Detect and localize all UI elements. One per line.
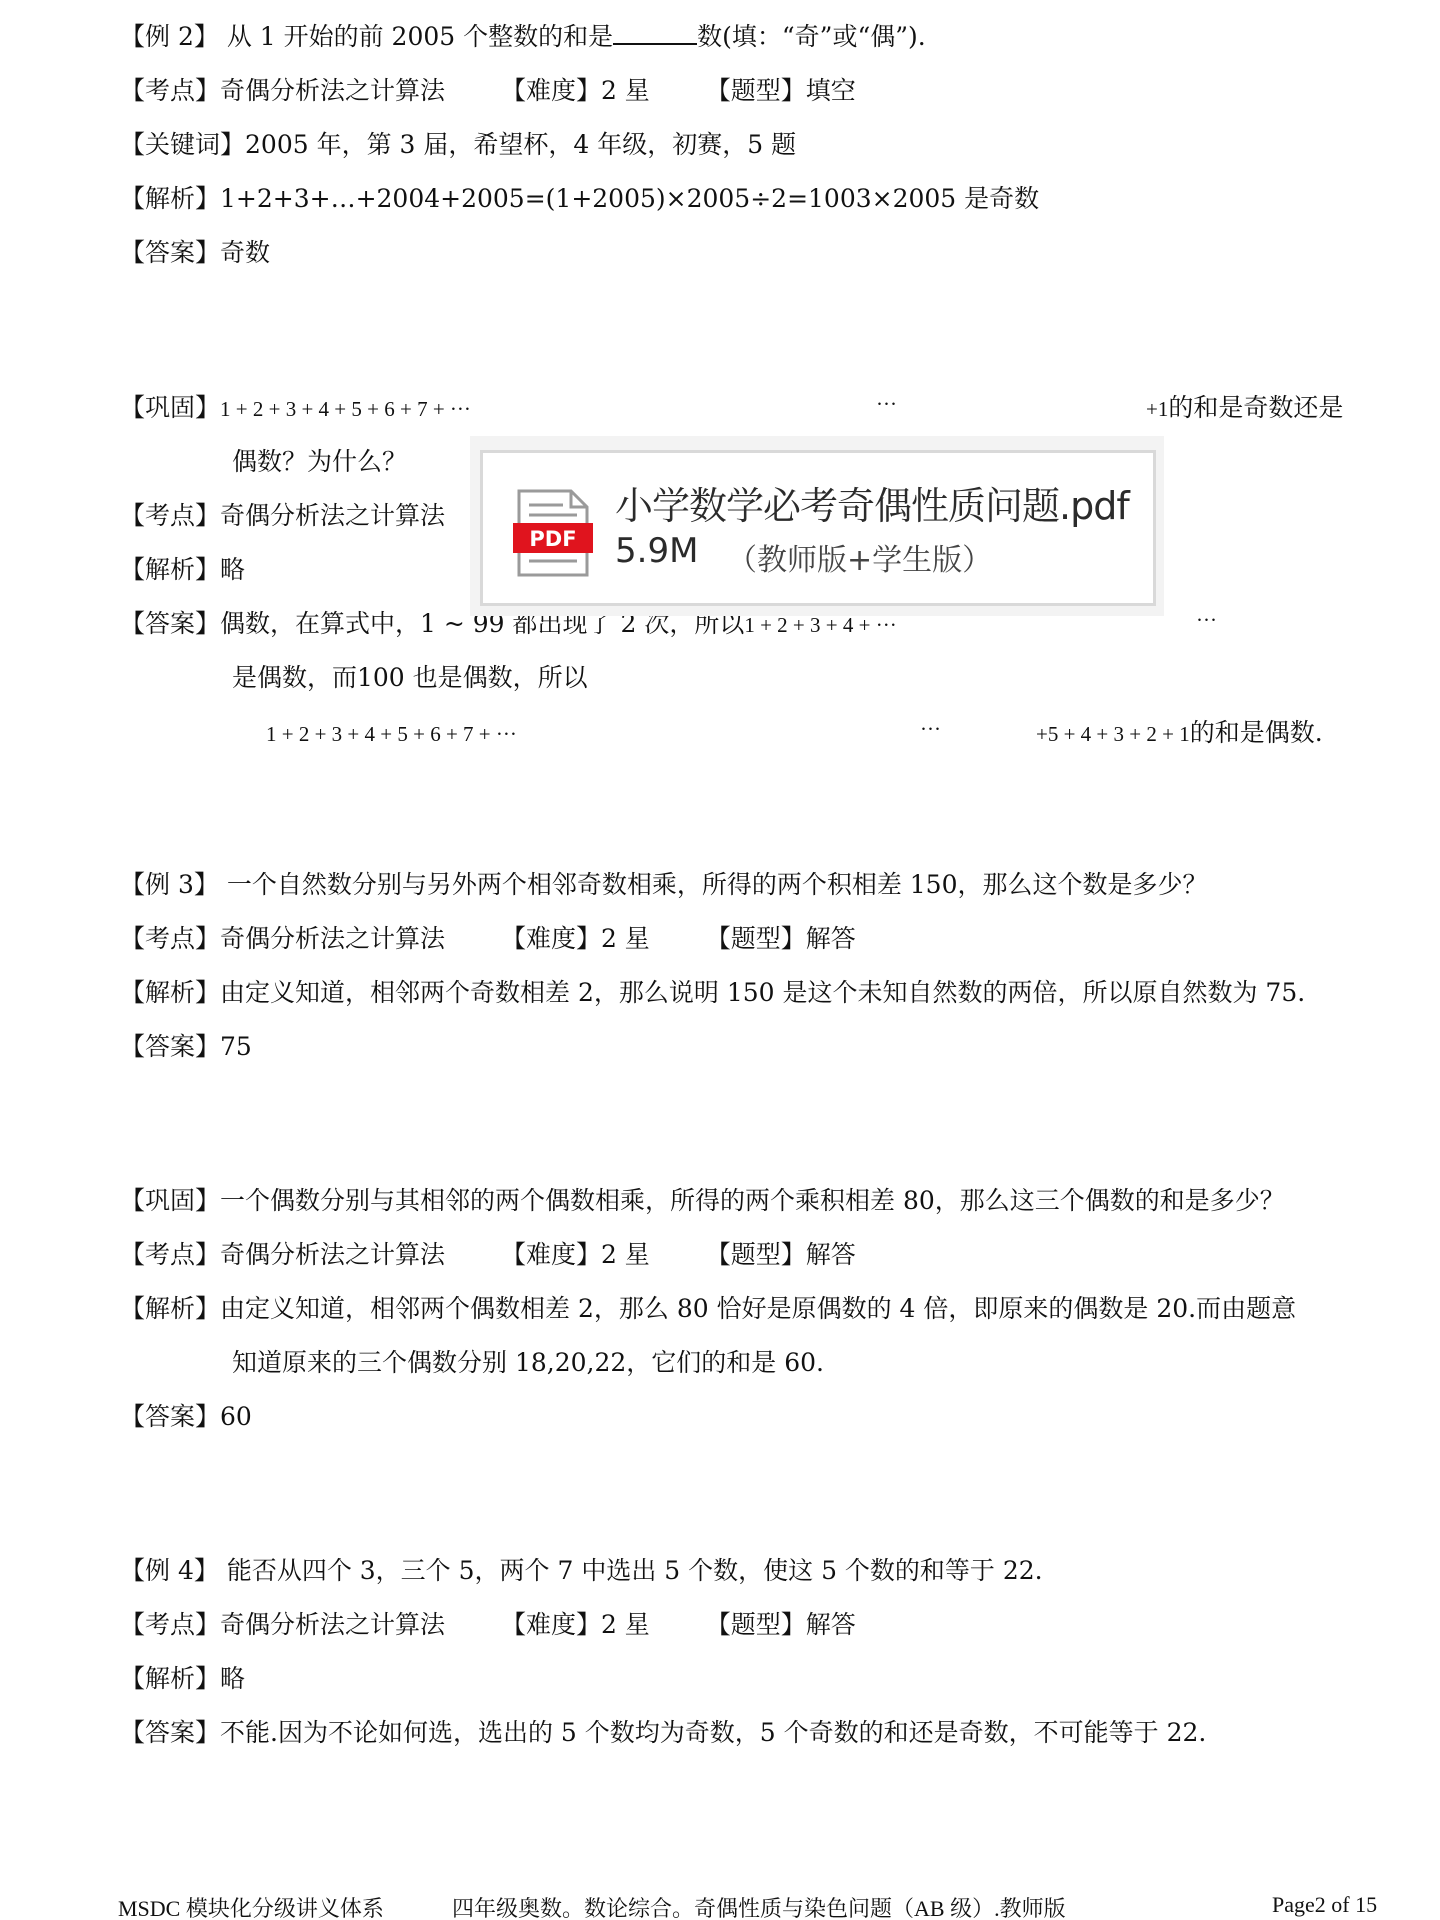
kaodian-tag: 【考点】 (120, 1610, 220, 1639)
tixing-tag: 【题型】 (706, 924, 806, 953)
answer-tag: 【答案】 (120, 609, 220, 638)
example-tag: 【例 3】 (120, 870, 219, 899)
kaodian-tag: 【考点】 (120, 501, 220, 530)
nandu-value: 2 星 (601, 1240, 650, 1269)
pdf-file-size: 5.9M (615, 531, 698, 571)
kaodian-value: 奇偶分析法之计算法 (220, 924, 445, 953)
example2-analysis: 【解析】1+2+3+…+2004+2005=(1+2005)×2005÷2=10… (120, 182, 1039, 216)
pdf-version-note: （教师版+学生版） (727, 535, 992, 579)
gonggu1-answer-line2: 是偶数，而100 也是偶数，所以 (232, 661, 588, 695)
jiexi-tag: 【解析】 (120, 1294, 220, 1323)
gonggu1-analysis: 【解析】略 (120, 553, 245, 587)
footer-title: 四年级奥数。数论综合。奇偶性质与染色问题（AB 级）.教师版 (452, 1892, 1066, 1920)
math-ellipsis: ··· (920, 717, 941, 742)
answer-blank (613, 21, 697, 45)
gonggu1-question: 【巩固】1 + 2 + 3 + 4 + 5 + 6 + 7 + ··· (120, 391, 471, 426)
gonggu1-question-line2: 偶数？为什么？ (232, 445, 407, 479)
tixing-value: 填空 (806, 76, 856, 105)
nandu-tag: 【难度】 (501, 1610, 601, 1639)
example2-meta: 【考点】奇偶分析法之计算法 【难度】2 星 【题型】填空 (120, 74, 856, 108)
kaodian-tag: 【考点】 (120, 924, 220, 953)
answer-value: 60 (220, 1402, 252, 1431)
kaodian-tag: 【考点】 (120, 1240, 220, 1269)
gonggu2-analysis-line2: 知道原来的三个偶数分别 18,20,22，它们的和是 60. (232, 1346, 824, 1380)
answer-value: 75 (220, 1032, 252, 1061)
jiexi-tag: 【解析】 (120, 1664, 220, 1693)
tixing-value: 解答 (806, 1240, 856, 1269)
tixing-tag: 【题型】 (706, 1610, 806, 1639)
math-ellipsis: ··· (876, 392, 897, 417)
example-tag: 【例 2】 (120, 22, 219, 51)
kaodian-value: 奇偶分析法之计算法 (220, 1610, 445, 1639)
math-expression: 1 + 2 + 3 + 4 + ··· (744, 613, 896, 637)
gonggu2-meta: 【考点】奇偶分析法之计算法 【难度】2 星 【题型】解答 (120, 1238, 856, 1272)
math-expression: 1 + 2 + 3 + 4 + 5 + 6 + 7 + ··· (266, 722, 517, 746)
gonggu-tag: 【巩固】 (120, 393, 220, 422)
example3-question: 【例 3】 一个自然数分别与另外两个相邻奇数相乘，所得的两个积相差 150，那么… (120, 868, 1207, 902)
gonggu2-question: 【巩固】一个偶数分别与其相邻的两个偶数相乘，所得的两个乘积相差 80，那么这三个… (120, 1184, 1285, 1218)
example3-analysis: 【解析】由定义知道，相邻两个奇数相差 2，那么说明 150 是这个未知自然数的两… (120, 976, 1305, 1010)
jiexi-tag: 【解析】 (120, 184, 220, 213)
nandu-tag: 【难度】 (501, 1240, 601, 1269)
tixing-value: 解答 (806, 1610, 856, 1639)
pdf-file-icon: PDF (513, 489, 593, 577)
nandu-value: 2 星 (601, 76, 650, 105)
question-tail: 的和是奇数还是 (1168, 393, 1343, 422)
kaodian-value: 奇偶分析法之计算法 (220, 1240, 445, 1269)
nandu-tag: 【难度】 (501, 924, 601, 953)
answer-tail: 的和是偶数. (1190, 718, 1323, 747)
jiexi-value: 1+2+3+…+2004+2005=(1+2005)×2005÷2=1003×2… (220, 184, 1039, 213)
tixing-tag: 【题型】 (706, 1240, 806, 1269)
jiexi-tag: 【解析】 (120, 555, 220, 584)
jiexi-value: 由定义知道，相邻两个偶数相差 2，那么 80 恰好是原偶数的 4 倍，即原来的偶… (220, 1294, 1296, 1323)
tixing-value: 解答 (806, 924, 856, 953)
nandu-value: 2 星 (601, 924, 650, 953)
example2-question: 【例 2】 从 1 开始的前 2005 个整数的和是数(填：“奇”或“偶”). (120, 20, 926, 54)
kaodian-value: 奇偶分析法之计算法 (220, 76, 445, 105)
question-text: 能否从四个 3，三个 5，两个 7 中选出 5 个数，使这 5 个数的和等于 2… (227, 1556, 1043, 1585)
answer-tag: 【答案】 (120, 1032, 220, 1061)
keywords-value: 2005 年，第 3 届，希望杯，4 年级，初赛，5 题 (245, 130, 796, 159)
footer-page-number: Page2 of 15 (1272, 1892, 1377, 1918)
answer-tag: 【答案】 (120, 238, 220, 267)
question-text: 一个偶数分别与其相邻的两个偶数相乘，所得的两个乘积相差 80，那么这三个偶数的和… (220, 1186, 1285, 1215)
pdf-filename[interactable]: 小学数学必考奇偶性质问题.pdf (615, 475, 1129, 530)
gonggu2-answer: 【答案】60 (120, 1400, 252, 1434)
pdf-download-card[interactable]: PDF 小学数学必考奇偶性质问题.pdf 5.9M （教师版+学生版） (480, 450, 1156, 606)
gonggu1-question-tail: +1的和是奇数还是 (1146, 391, 1343, 426)
example4-meta: 【考点】奇偶分析法之计算法 【难度】2 星 【题型】解答 (120, 1608, 856, 1642)
gonggu1-answer-line3-tail: +5 + 4 + 3 + 2 + 1的和是偶数. (1036, 716, 1323, 751)
gonggu1-meta: 【考点】奇偶分析法之计算法 (120, 499, 445, 533)
kaodian-value: 奇偶分析法之计算法 (220, 501, 445, 530)
jiexi-value: 略 (220, 1664, 245, 1693)
example4-analysis: 【解析】略 (120, 1662, 245, 1696)
nandu-tag: 【难度】 (501, 76, 601, 105)
question-text-tail: 数(填：“奇”或“偶”). (697, 22, 926, 51)
kaodian-tag: 【考点】 (120, 76, 220, 105)
jiexi-value: 由定义知道，相邻两个奇数相差 2，那么说明 150 是这个未知自然数的两倍，所以… (220, 978, 1305, 1007)
footer-series: MSDC 模块化分级讲义体系 (118, 1892, 384, 1920)
example3-meta: 【考点】奇偶分析法之计算法 【难度】2 星 【题型】解答 (120, 922, 856, 956)
answer-value: 不能.因为不论如何选，选出的 5 个数均为奇数，5 个奇数的和还是奇数，不可能等… (220, 1718, 1206, 1747)
math-expression-end: +1 (1146, 397, 1168, 421)
jiexi-value: 略 (220, 555, 245, 584)
svg-text:PDF: PDF (529, 527, 576, 551)
answer-value: 奇数 (220, 238, 270, 267)
answer-tag: 【答案】 (120, 1402, 220, 1431)
example2-answer: 【答案】奇数 (120, 236, 270, 270)
jiexi-tag: 【解析】 (120, 978, 220, 1007)
math-expression: 1 + 2 + 3 + 4 + 5 + 6 + 7 + ··· (220, 397, 471, 421)
question-text: 一个自然数分别与另外两个相邻奇数相乘，所得的两个积相差 150，那么这个数是多少… (227, 870, 1208, 899)
example2-keywords: 【关键词】2005 年，第 3 届，希望杯，4 年级，初赛，5 题 (120, 128, 796, 162)
gonggu-tag: 【巩固】 (120, 1186, 220, 1215)
question-text: 从 1 开始的前 2005 个整数的和是 (227, 22, 613, 51)
example4-answer: 【答案】不能.因为不论如何选，选出的 5 个数均为奇数，5 个奇数的和还是奇数，… (120, 1716, 1206, 1750)
math-expression-end: +5 + 4 + 3 + 2 + 1 (1036, 722, 1190, 746)
keywords-tag: 【关键词】 (120, 130, 245, 159)
nandu-value: 2 星 (601, 1610, 650, 1639)
answer-tag: 【答案】 (120, 1718, 220, 1747)
example4-question: 【例 4】 能否从四个 3，三个 5，两个 7 中选出 5 个数，使这 5 个数… (120, 1554, 1043, 1588)
gonggu2-analysis: 【解析】由定义知道，相邻两个偶数相差 2，那么 80 恰好是原偶数的 4 倍，即… (120, 1292, 1296, 1326)
tixing-tag: 【题型】 (706, 76, 806, 105)
gonggu1-answer-line3: 1 + 2 + 3 + 4 + 5 + 6 + 7 + ··· (266, 716, 517, 751)
example-tag: 【例 4】 (120, 1556, 219, 1585)
math-ellipsis: ··· (1196, 608, 1217, 633)
example3-answer: 【答案】75 (120, 1030, 252, 1064)
